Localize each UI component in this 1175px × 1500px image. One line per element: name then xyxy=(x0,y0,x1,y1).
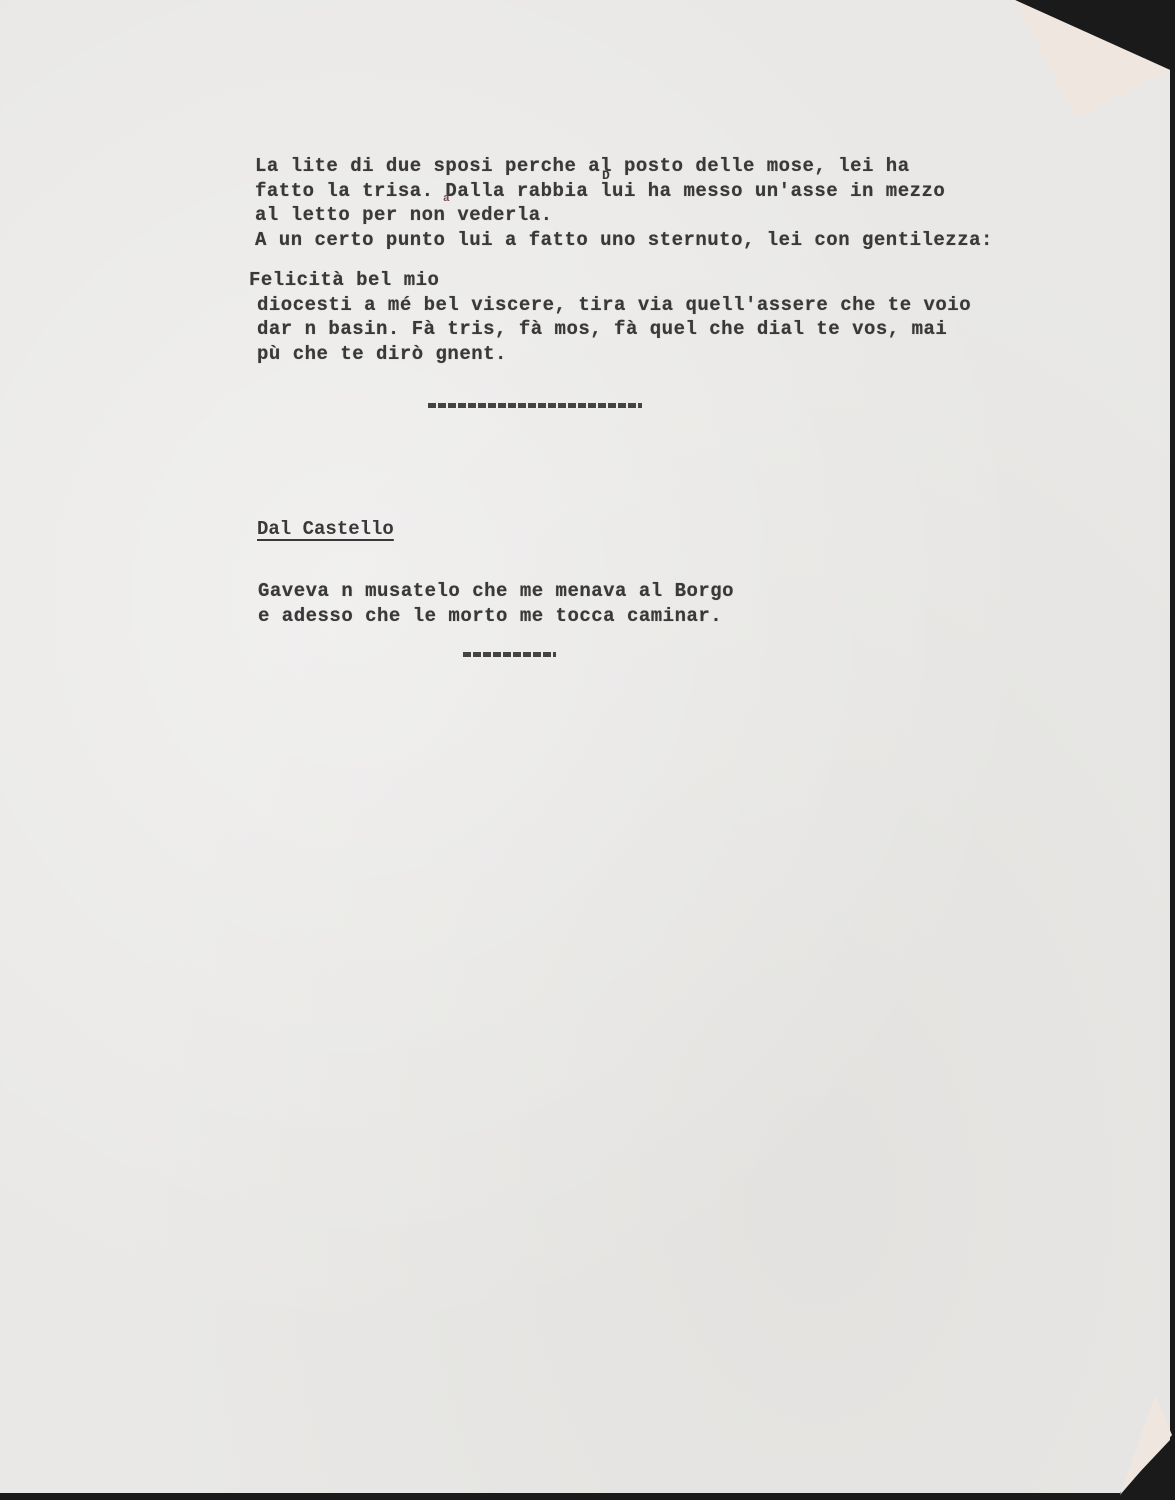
verse-line: dar n basin. Fà tris, fà mos, fà quel ch… xyxy=(249,317,971,342)
text-line: A un certo punto lui a fatto uno sternut… xyxy=(255,229,993,251)
text-line: fatto la trisa. Dalla rabbia lui ha mess… xyxy=(255,180,945,202)
section-title: Dal Castello xyxy=(257,518,394,540)
verse-line: diocesti a mé bel viscere, tira via quel… xyxy=(249,293,971,318)
text-line: Gaveva n musatelo che me menava al Borgo xyxy=(258,580,734,602)
section-separator xyxy=(463,652,556,657)
anecdote-paragraph: La lite di due sposi perche al posto del… xyxy=(255,154,993,252)
castello-paragraph: Gaveva n musatelo che me menava al Borgo… xyxy=(258,579,734,628)
text-line: La lite di due sposi perche al posto del… xyxy=(255,155,910,177)
text-line: al letto per non vederla. xyxy=(255,204,553,226)
handwritten-correction-d: D xyxy=(602,168,610,183)
verse-line: Felicità bel mio xyxy=(249,269,439,291)
verse-line: pù che te dirò gnent. xyxy=(249,342,971,367)
handwritten-insertion-a: a xyxy=(443,193,450,205)
verse-block: Felicità bel mio diocesti a mé bel visce… xyxy=(249,268,971,366)
section-separator xyxy=(428,403,642,408)
text-line: e adesso che le morto me tocca caminar. xyxy=(258,605,722,627)
